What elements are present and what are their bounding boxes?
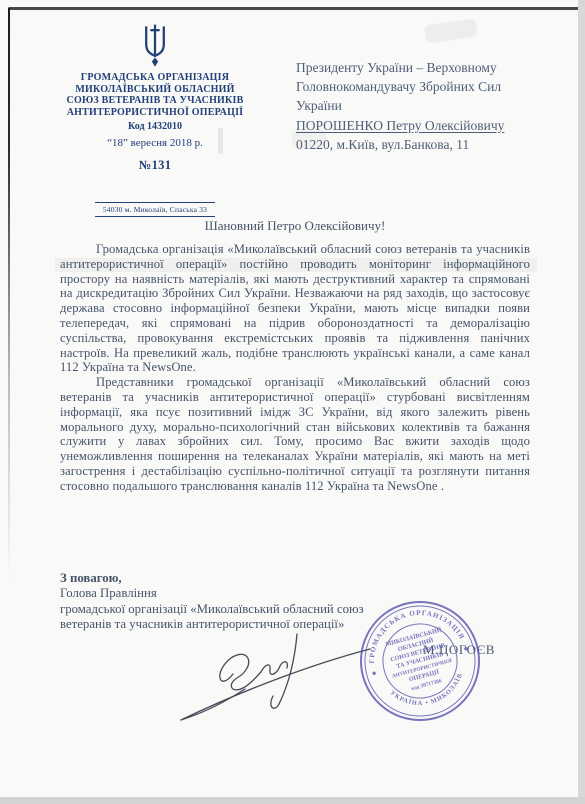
paragraph: Представники громадської організації «Ми… — [60, 375, 530, 493]
recipient-line: Головнокомандувачу Збройних Сил — [296, 77, 568, 96]
recipient-block: Президенту України – Верховному Головнок… — [296, 58, 568, 154]
letterhead-address: 54030 м. Миколаїв, Спаська 33 — [95, 202, 215, 217]
paragraph: Громадська організація «Миколаївський об… — [60, 242, 530, 375]
closing-salutation: З повагою, — [60, 571, 420, 586]
scan-edge-left — [8, 8, 10, 578]
scan-edge-bottom — [0, 797, 585, 804]
letter-date: “18” вересня 2018 р. — [40, 137, 270, 149]
trident-emblem-icon — [140, 24, 170, 68]
letterhead-org-name-line: АНТИТЕРОРИСТИЧНОЇ ОПЕРАЦІЇ — [40, 107, 270, 119]
recipient-line: Президенту України – Верховному — [296, 58, 568, 77]
scan-smudge — [424, 18, 478, 43]
recipient-address: 01220, м.Київ, вул.Банкова, 11 — [296, 135, 568, 154]
salutation: Шановний Петро Олексійовичу! — [60, 218, 530, 234]
letterhead-org-type: ГРОМАДСЬКА ОРГАНІЗАЦІЯ — [40, 72, 270, 84]
letterhead-org-name-line: МИКОЛАЇВСЬКИЙ ОБЛАСНИЙ — [40, 84, 270, 96]
organization-stamp: ГРОМАДСЬКА ОРГАНІЗАЦІЯ УКРАЇНА • МИКОЛАЇ… — [356, 597, 484, 725]
recipient-name: ПОРОШЕНКО Петру Олексійовичу — [296, 116, 568, 135]
letterhead-org-code: Код 1432010 — [40, 121, 270, 132]
letterhead-org-name-line: СОЮЗ ВЕТЕРАНІВ ТА УЧАСНИКІВ — [40, 95, 270, 107]
recipient-line: України — [296, 96, 568, 115]
scan-edge-top — [8, 7, 583, 10]
handwritten-signature — [173, 628, 373, 728]
letter-body: Громадська організація «Миколаївський об… — [60, 242, 530, 494]
scan-edge-right — [578, 0, 585, 804]
scanned-letter-page: ГРОМАДСЬКА ОРГАНІЗАЦІЯ МИКОЛАЇВСЬКИЙ ОБЛ… — [0, 0, 585, 804]
letterhead: ГРОМАДСЬКА ОРГАНІЗАЦІЯ МИКОЛАЇВСЬКИЙ ОБЛ… — [40, 24, 270, 217]
letter-number: №131 — [40, 158, 270, 173]
